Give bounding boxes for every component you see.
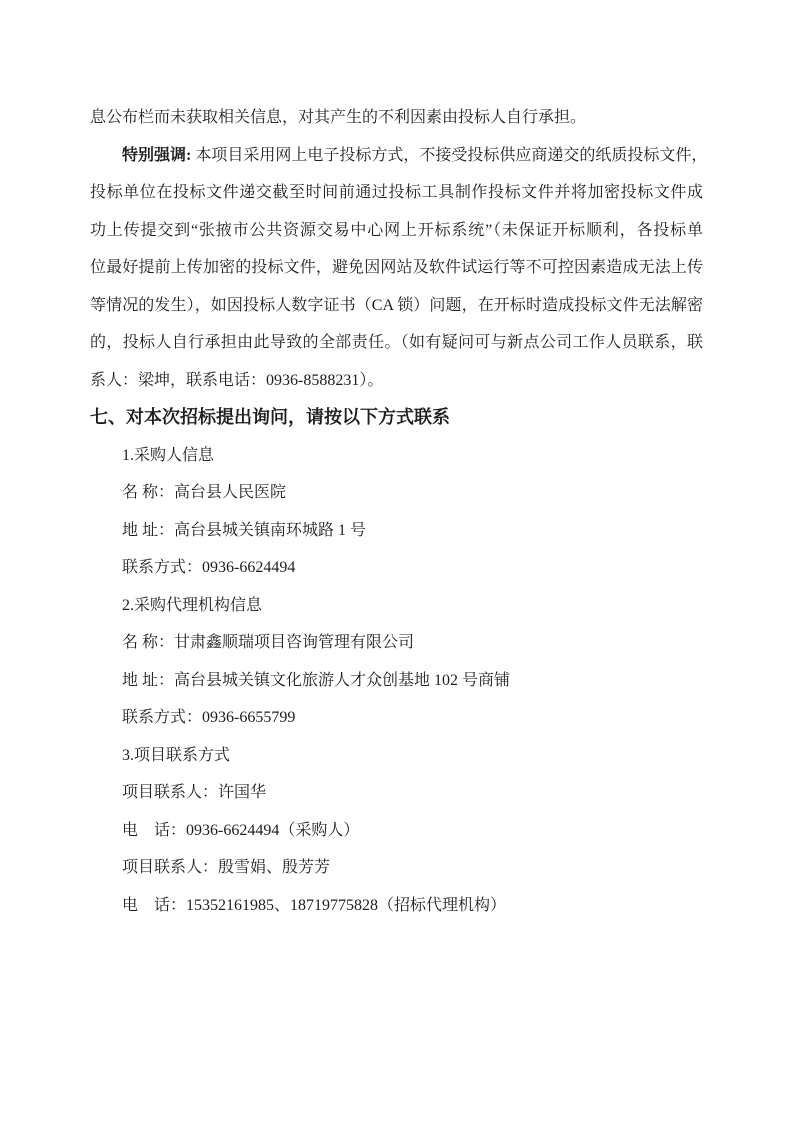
agency-address: 地 址：高台县城关镇文化旅游人才众创基地 102 号商铺 bbox=[90, 662, 703, 700]
special-emphasis-label: 特别强调: bbox=[122, 147, 191, 164]
project-contact-phone-1: 电 话：0936-6624494（采购人） bbox=[90, 812, 703, 850]
paragraph-line: 投标单位在投标文件递交截至时间前通过投标工具制作投标文件并将加密投标文件成 bbox=[90, 174, 703, 212]
paragraph-continuation-line: 息公布栏而未获取相关信息，对其产生的不利因素由投标人自行承担。 bbox=[90, 99, 703, 137]
paragraph-line: 位最好提前上传加密的投标文件，避免因网站及软件试运行等不可控因素造成无法上传 bbox=[90, 249, 703, 287]
purchaser-contact-phone: 联系方式：0936-6624494 bbox=[90, 549, 703, 587]
paragraph-line: 等情况的发生），如因投标人数字证书（CA 锁）问题，在开标时造成投标文件无法解密 bbox=[90, 287, 703, 325]
agency-contact-phone: 联系方式：0936-6655799 bbox=[90, 699, 703, 737]
document-page: 息公布栏而未获取相关信息，对其产生的不利因素由投标人自行承担。 特别强调: 本项… bbox=[0, 0, 793, 1122]
section-heading: 七、对本次招标提出询问，请按以下方式联系 bbox=[90, 399, 703, 437]
document-body: 息公布栏而未获取相关信息，对其产生的不利因素由投标人自行承担。 特别强调: 本项… bbox=[90, 99, 703, 924]
paragraph-line: 的，投标人自行承担由此导致的全部责任。（如有疑问可与新点公司工作人员联系，联 bbox=[90, 324, 703, 362]
project-contact-person-2: 项目联系人：殷雪娟、殷芳芳 bbox=[90, 849, 703, 887]
purchaser-name: 名 称：高台县人民医院 bbox=[90, 474, 703, 512]
subsection-3-title: 3.项目联系方式 bbox=[90, 737, 703, 775]
subsection-1-title: 1.采购人信息 bbox=[90, 437, 703, 475]
special-emphasis-line: 特别强调: 本项目采用网上电子投标方式，不接受投标供应商递交的纸质投标文件， bbox=[90, 137, 703, 175]
agency-name: 名 称：甘肃鑫顺瑞项目咨询管理有限公司 bbox=[90, 624, 703, 662]
paragraph-last-line: 系人：梁坤，联系电话：0936-8588231）。 bbox=[90, 362, 703, 400]
subsection-2-title: 2.采购代理机构信息 bbox=[90, 587, 703, 625]
purchaser-address: 地 址：高台县城关镇南环城路 1 号 bbox=[90, 512, 703, 550]
special-emphasis-text: 本项目采用网上电子投标方式，不接受投标供应商递交的纸质投标文件， bbox=[191, 147, 707, 164]
project-contact-phone-2: 电 话：15352161985、18719775828（招标代理机构） bbox=[90, 887, 703, 925]
paragraph-line: 功上传提交到“张掖市公共资源交易中心网上开标系统”（未保证开标顺利，各投标单 bbox=[90, 212, 703, 250]
project-contact-person-1: 项目联系人：许国华 bbox=[90, 774, 703, 812]
